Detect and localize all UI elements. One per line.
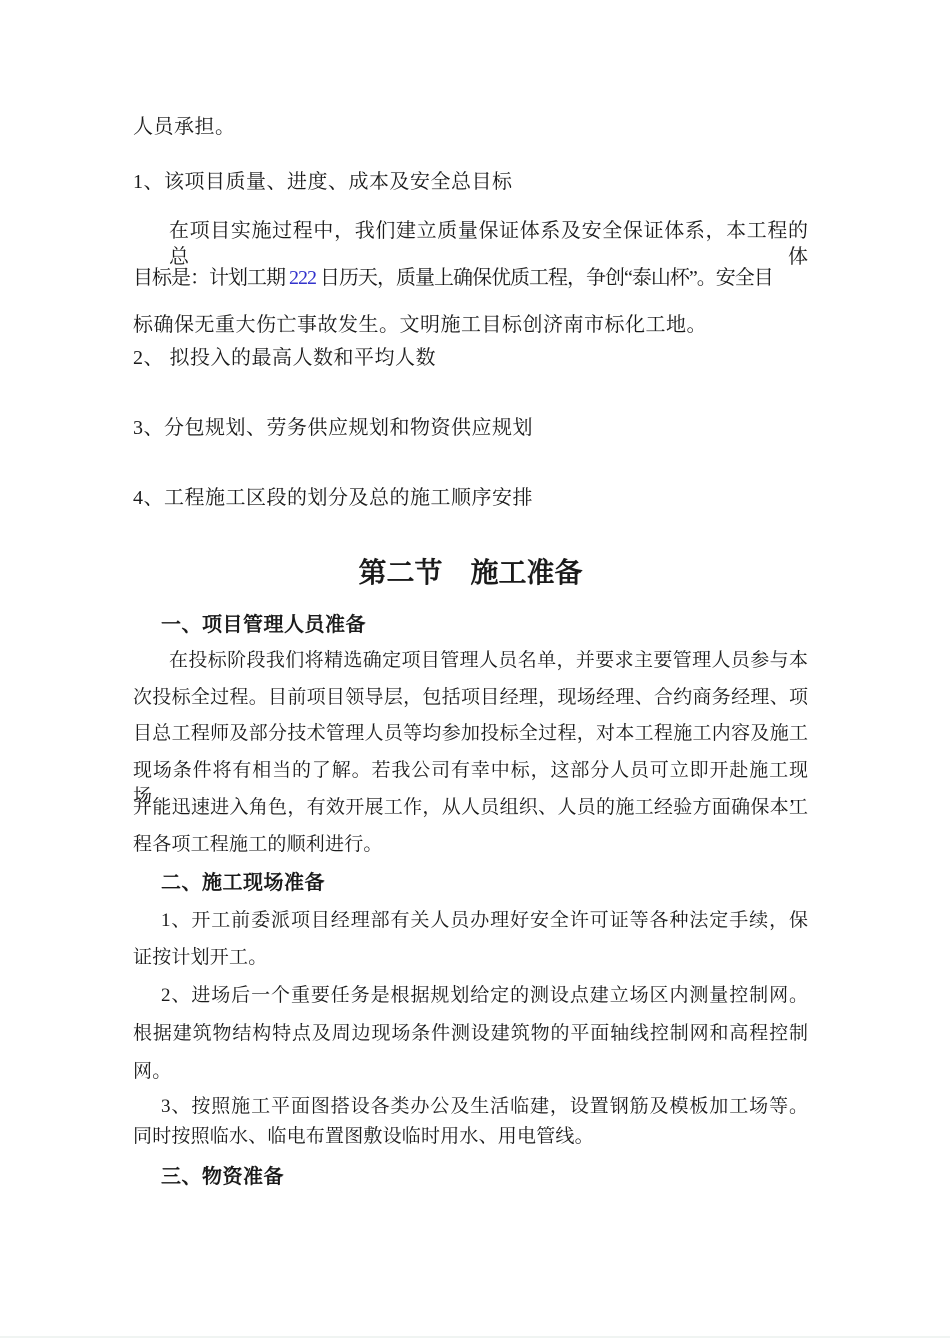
page-bottom-edge (0, 1336, 950, 1338)
paragraph-line: 并能迅速进入角色，有效开展工作，从人员组织、人员的施工经验方面确保本工 (133, 795, 808, 821)
paragraph-line: 在项目实施过程中，我们建立质量保证体系及安全保证体系，本工程的总体 (133, 218, 808, 270)
list-item-line: 证按计划开工。 (133, 945, 808, 971)
outline-item-4: 4、工程施工区段的划分及总的施工顺序安排 (133, 485, 808, 511)
list-item-line: 1、开工前委派项目经理部有关人员办理好安全许可证等各种法定手续，保 (133, 908, 808, 934)
duration-days-value: 222 (289, 267, 316, 289)
paragraph-line-duration: 目标是：计划工期 222 日历天，质量上确保优质工程，争创“泰山杯”。安全目 (133, 265, 808, 291)
document-page: 人员承担。 1、该项目质量、进度、成本及安全总目标 在项目实施过程中，我们建立质… (0, 0, 950, 1341)
list-item-line: 同时按照临水、临电布置图敷设临时用水、用电管线。 (133, 1124, 808, 1150)
list-item-line: 根据建筑物结构特点及周边现场条件测设建筑物的平面轴线控制网和高程控制 (133, 1021, 808, 1047)
paragraph-line: 标确保无重大伤亡事故发生。文明施工目标创济南市标化工地。 (133, 312, 808, 338)
paragraph-line: 次投标全过程。目前项目领导层，包括项目经理，现场经理、合约商务经理、项 (133, 685, 808, 711)
list-item-line: 3、按照施工平面图搭设各类办公及生活临建，设置钢筋及模板加工场等。 (133, 1094, 808, 1120)
list-item-line: 2、进场后一个重要任务是根据规划给定的测设点建立场区内测量控制网。 (133, 983, 808, 1009)
list-item-line: 网。 (133, 1059, 808, 1085)
section-heading: 第二节 施工准备 (133, 556, 808, 592)
duration-prefix: 目标是：计划工期 (133, 267, 289, 289)
paragraph-line: 目总工程师及部分技术管理人员等均参加投标全过程，对本工程施工内容及施工 (133, 721, 808, 747)
paragraph-line: 程各项工程施工的顺利进行。 (133, 832, 808, 858)
outline-item-2: 2、 拟投入的最高人数和平均人数 (133, 345, 808, 371)
paragraph-line: 在投标阶段我们将精选确定项目管理人员名单，并要求主要管理人员参与本 (133, 648, 808, 674)
outline-item-1: 1、该项目质量、进度、成本及安全总目标 (133, 169, 808, 195)
subsection-title-1: 一、项目管理人员准备 (133, 612, 808, 638)
subsection-title-3: 三、物资准备 (133, 1164, 808, 1190)
carryover-line: 人员承担。 (133, 114, 808, 140)
duration-suffix: 日历天，质量上确保优质工程，争创“泰山杯”。安全目 (316, 267, 773, 289)
subsection-title-2: 二、施工现场准备 (133, 870, 808, 896)
outline-item-3: 3、分包规划、劳务供应规划和物资供应规划 (133, 415, 808, 441)
